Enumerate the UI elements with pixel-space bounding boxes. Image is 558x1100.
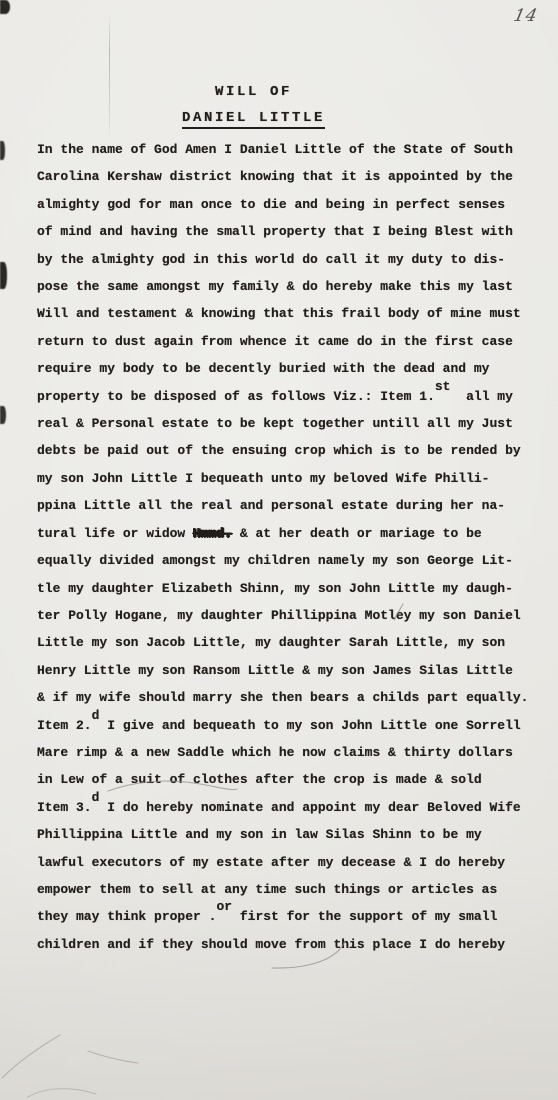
text-segment: equally divided amongst my children name… [37,547,513,574]
text-segment: almighty god for man once to die and bei… [37,191,505,218]
scan-edge-mark [0,141,5,160]
document-line: Phillippina Little and my son in law Sil… [37,821,537,848]
text-segment: empower them to sell at any time such th… [37,876,497,903]
handwritten-page-number: 14 [512,6,540,26]
scan-edge-mark [0,406,6,424]
pencil-arc-bottom-left [2,1035,60,1078]
document-title-line1: WILL OF [215,84,292,100]
text-segment: in Lew of a suit of clothes after the cr… [37,766,482,793]
text-segment: Phillippina Little and my son in law Sil… [37,821,482,848]
paper-crease-top [109,14,110,142]
superscript-correction: d [92,784,100,811]
text-segment: of mind and having the small property th… [37,218,513,245]
text-segment: ter Polly Hogane, my daughter Phillippin… [37,602,521,629]
document-line: return to dust again from whence it came… [37,328,537,355]
document-line: Mare rimp & a new Saddle which he now cl… [37,739,537,766]
document-line: tural life or widow Hmmd. & at her death… [37,520,537,547]
document-line: property to be disposed of as follows Vi… [37,383,537,410]
text-segment: lawful executors of my estate after my d… [37,849,505,876]
text-segment: require my body to be decently buried wi… [37,355,489,382]
text-segment: & at her death or mariage to be [232,520,482,547]
text-segment: they may think proper . [37,903,216,930]
document-line: & if my wife should marry she then bears… [37,684,537,711]
document-line: debts be paid out of the ensuing crop wh… [37,437,537,464]
text-segment: return to dust again from whence it came… [37,328,513,355]
text-segment: Carolina Kershaw district knowing that i… [37,163,513,190]
text-segment: I do hereby nominate and appoint my dear… [99,794,520,821]
pencil-stroke-bottom-left [88,1051,138,1063]
document-line: they may think proper .or first for the … [37,903,537,930]
document-line: Carolina Kershaw district knowing that i… [37,163,537,190]
document-line: Will and testament & knowing that this f… [37,300,537,327]
text-segment: children and if they should move from th… [37,931,505,958]
text-segment: debts be paid out of the ensuing crop wh… [37,437,521,464]
text-segment: ppina Little all the real and personal e… [37,492,505,519]
text-segment: I give and bequeath to my son John Littl… [99,712,520,739]
text-segment: by the almighty god in this world do cal… [37,246,505,273]
document-line: equally divided amongst my children name… [37,547,537,574]
document-line: Item 3.d I do hereby nominate and appoin… [37,794,537,821]
overstruck-word: Hmmd. [193,520,232,547]
document-line: lawful executors of my estate after my d… [37,849,537,876]
text-segment: Mare rimp & a new Saddle which he now cl… [37,739,513,766]
document-line: children and if they should move from th… [37,931,537,958]
document-line: In the name of God Amen I Daniel Little … [37,136,537,163]
document-line: my son John Little I bequeath unto my be… [37,465,537,492]
document-line: by the almighty god in this world do cal… [37,246,537,273]
document-line: almighty god for man once to die and bei… [37,191,537,218]
document-lines: In the name of God Amen I Daniel Little … [37,136,537,958]
document-line: pose the same amongst my family & do her… [37,273,537,300]
text-segment: Item 2. [37,712,92,739]
text-segment: Item 3. [37,794,92,821]
text-segment: Little my son Jacob Little, my daughter … [37,629,505,656]
document-line: in Lew of a suit of clothes after the cr… [37,766,537,793]
document-line: ter Polly Hogane, my daughter Phillippin… [37,602,537,629]
document-line: real & Personal estate to be kept togeth… [37,410,537,437]
superscript-correction: st [435,373,451,400]
superscript-correction: d [92,702,100,729]
document-title-line2: DANIEL LITTLE [182,110,325,129]
document-line: Little my son Jacob Little, my daughter … [37,629,537,656]
text-segment: Will and testament & knowing that this f… [37,300,521,327]
superscript-correction: or [216,893,232,920]
pencil-arc-bottom-edge [28,1089,96,1097]
text-segment: first for the support of my small [232,903,497,930]
text-segment: tle my daughter Elizabeth Shinn, my son … [37,575,513,602]
document-line: of mind and having the small property th… [37,218,537,245]
scanned-document-page: 14 WILL OF DANIEL LITTLE In the name of … [0,0,558,1100]
text-segment: tural life or widow [37,520,193,547]
document-line: require my body to be decently buried wi… [37,355,537,382]
text-segment: & if my wife should marry she then bears… [37,684,528,711]
document-line: ppina Little all the real and personal e… [37,492,537,519]
document-line: tle my daughter Elizabeth Shinn, my son … [37,575,537,602]
text-segment: my son John Little I bequeath unto my be… [37,465,489,492]
text-segment: Henry Little my son Ransom Little & my s… [37,657,513,684]
text-segment: all my [450,383,512,410]
document-line: Item 2.d I give and bequeath to my son J… [37,712,537,739]
text-segment: real & Personal estate to be kept togeth… [37,410,513,437]
text-segment: pose the same amongst my family & do her… [37,273,513,300]
document-line: Henry Little my son Ransom Little & my s… [37,657,537,684]
scan-edge-mark [0,262,7,289]
document-line: empower them to sell at any time such th… [37,876,537,903]
text-segment: property to be disposed of as follows Vi… [37,383,435,410]
scan-edge-mark [0,0,10,14]
